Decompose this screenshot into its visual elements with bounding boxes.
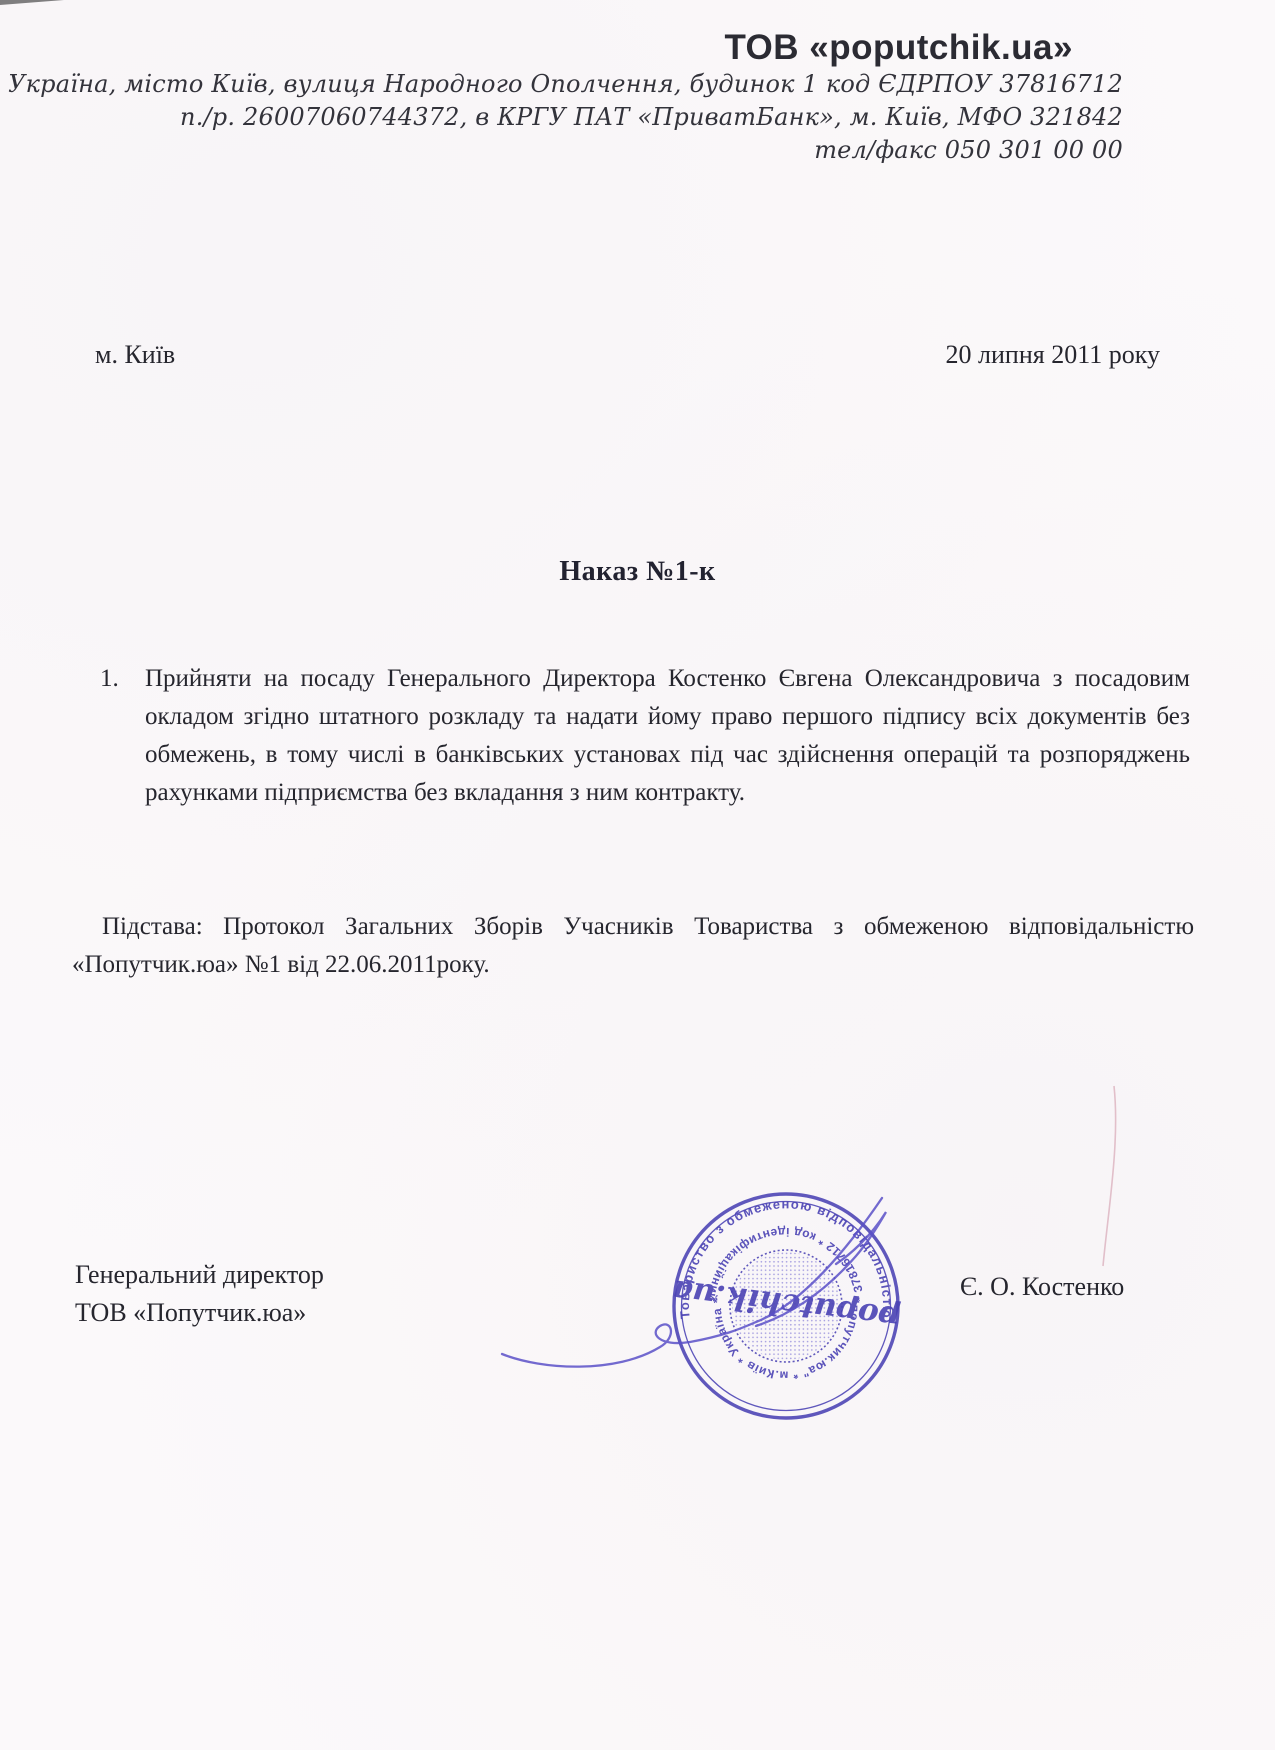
city-label: м. Київ [95,340,175,370]
document-page: ТОВ «poputchik.ua» Україна, місто Київ, … [0,0,1275,1750]
letterhead-bank-line: п./р. 26007060744372, в КРГУ ПАТ «Приват… [0,101,1123,134]
order-title: Наказ №1-к [0,556,1275,588]
signer-position: Генеральний директор [75,1256,324,1294]
date-label: 20 липня 2011 року [946,340,1160,370]
order-text: Прийняти на посаду Генерального Директор… [145,660,1190,812]
order-item: 1. Прийняти на посаду Генерального Дирек… [100,660,1190,812]
letterhead-address-line: Україна, місто Київ, вулиця Народного Оп… [0,68,1123,101]
basis-paragraph: Підстава: Протокол Загальних Зборів Учас… [72,908,1194,984]
company-name: ТОВ «poputchik.ua» [0,28,1073,68]
stamp-and-signature-layer: Товариство з обмеженою відповідальністю … [420,1080,1200,1480]
letterhead: ТОВ «poputchik.ua» Україна, місто Київ, … [0,28,1123,167]
company-stamp: Товариство з обмеженою відповідальністю … [420,1080,1200,1480]
red-crease-line [1103,1086,1116,1266]
letterhead-phone-line: тел/факс 050 301 00 00 [0,134,1123,167]
signer-company: ТОВ «Попутчик.юа» [75,1294,324,1332]
order-number: 1. [100,660,145,812]
signer-block: Генеральний директор ТОВ «Попутчик.юа» [75,1256,324,1332]
scan-artifact-corner [0,0,64,5]
